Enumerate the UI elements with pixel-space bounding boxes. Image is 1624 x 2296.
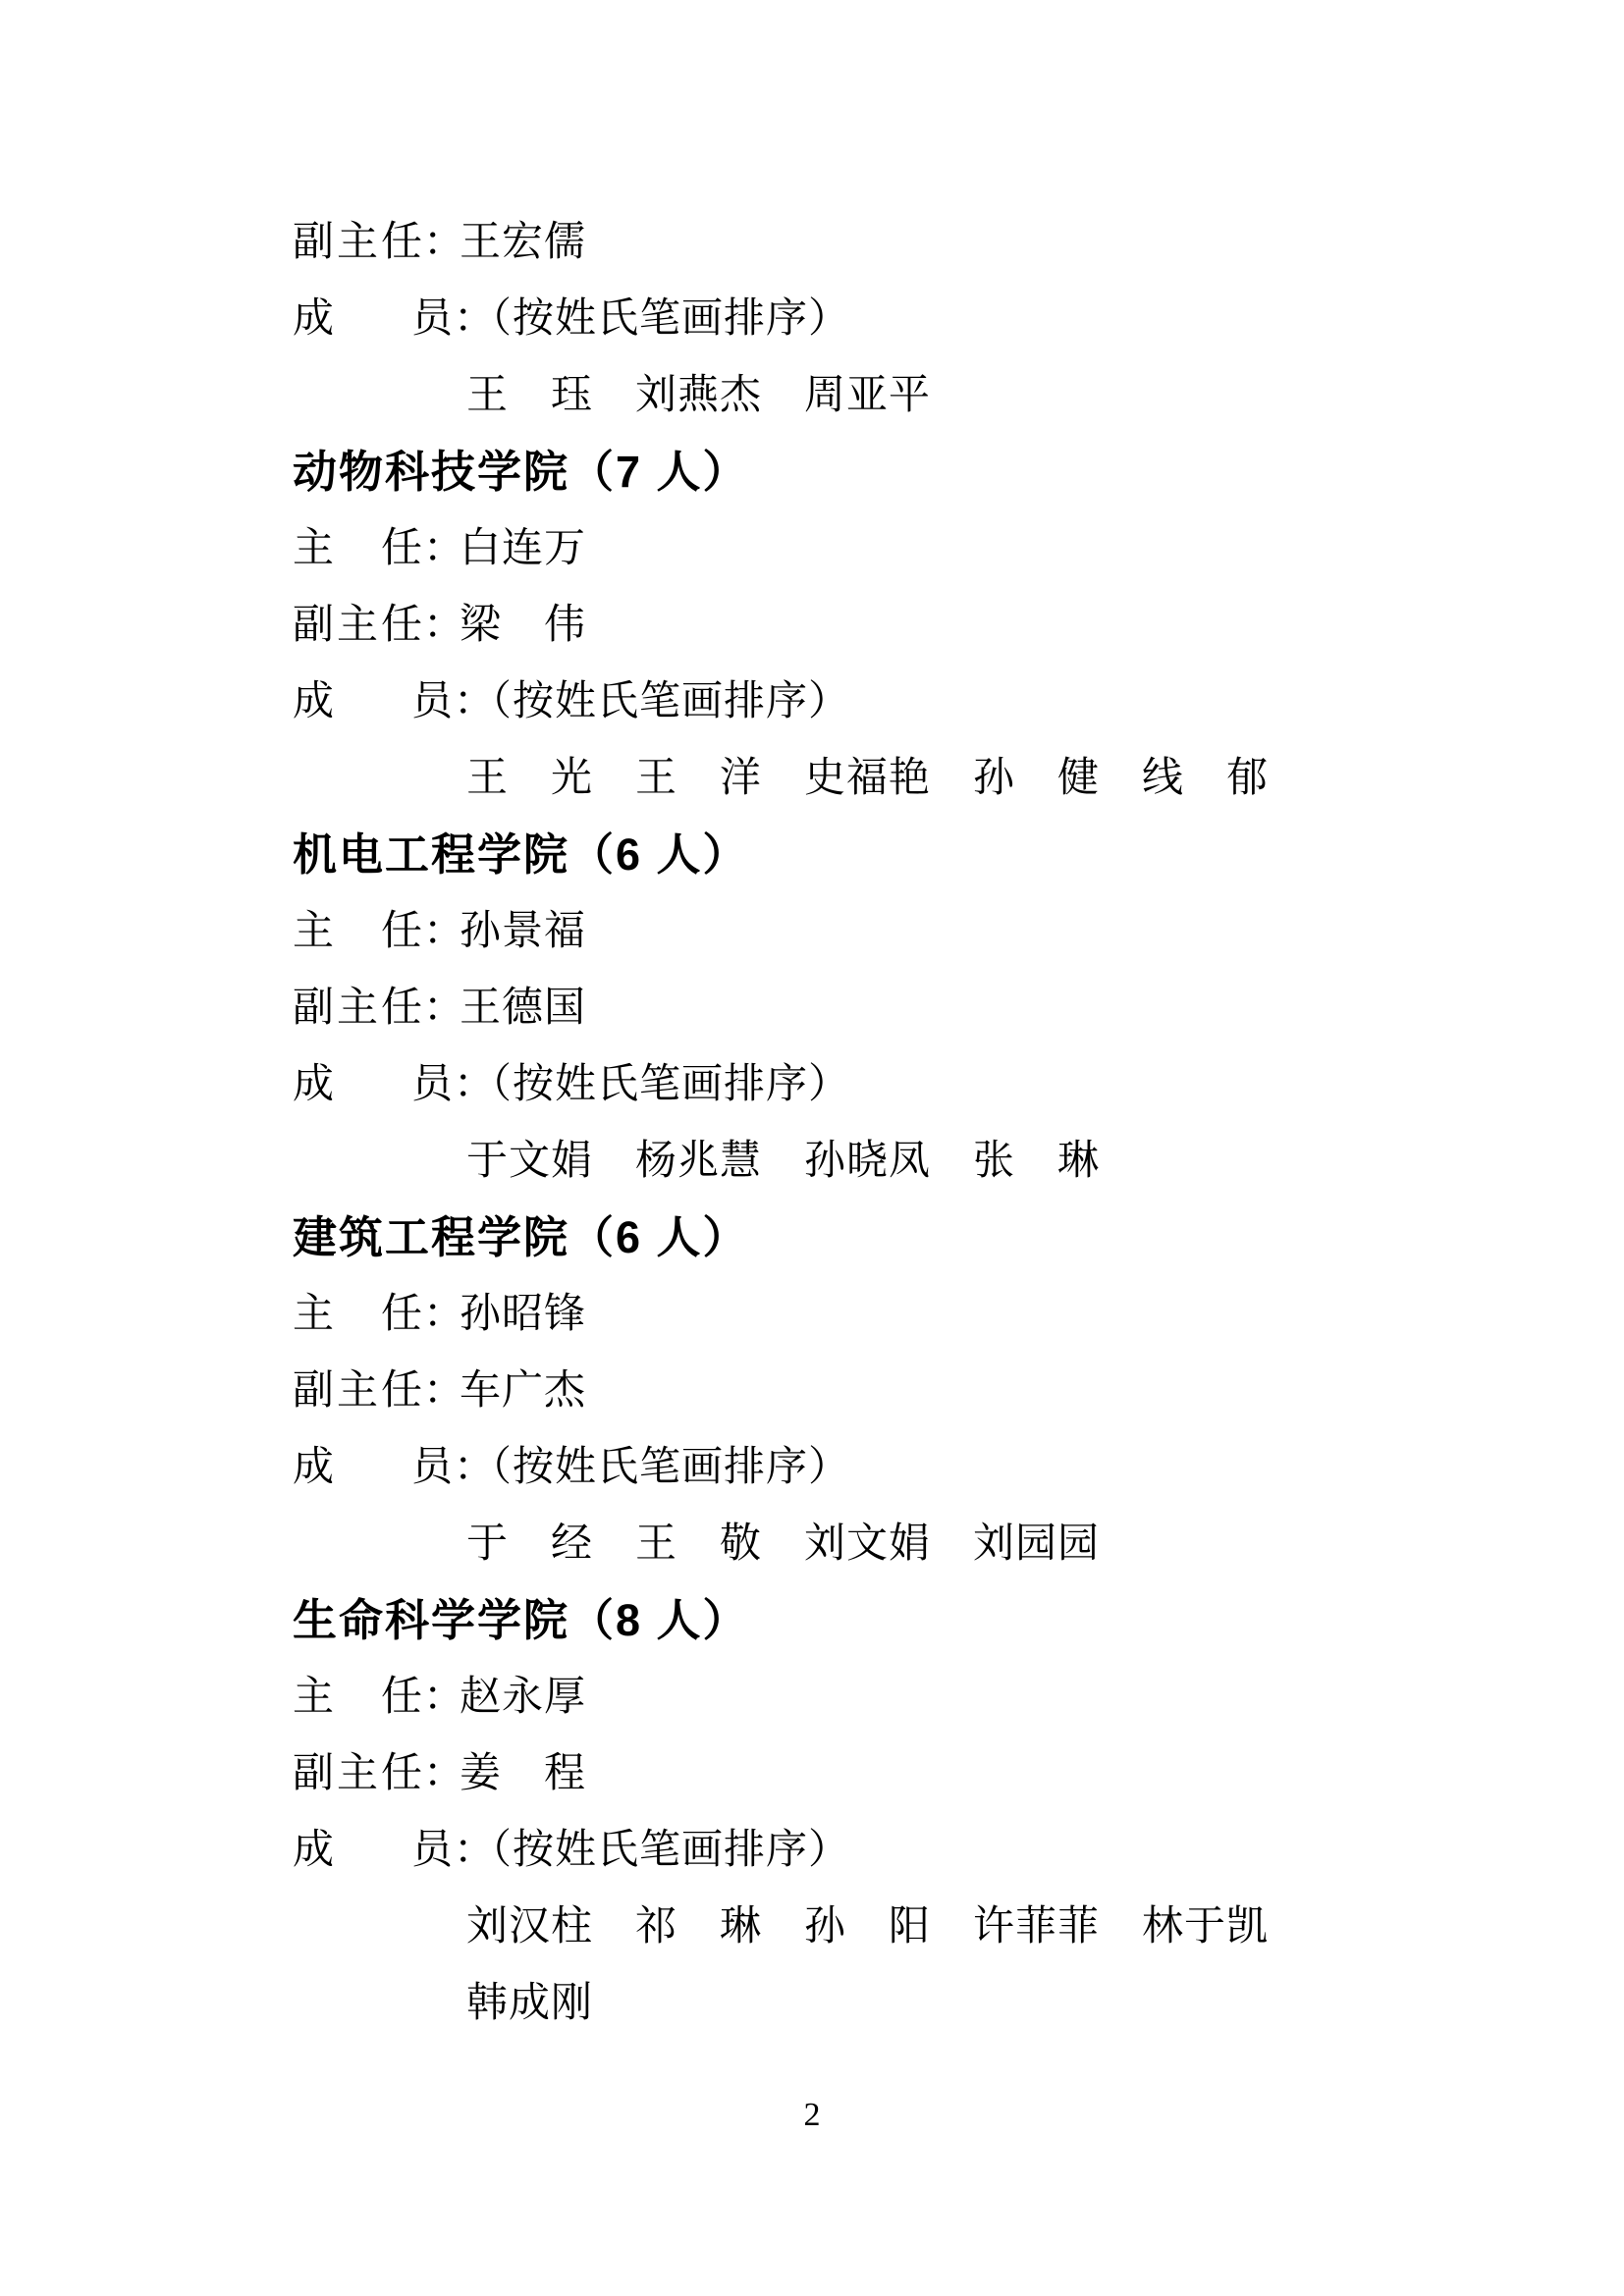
- role-label: 成员: [293, 1046, 454, 1123]
- document-page: 副主任：王宏儒 成员：（按姓氏笔画排序） 王 珏 刘燕杰 周亚平 动物科技学院（…: [0, 0, 1624, 2296]
- role-line: 主任：赵永厚: [293, 1659, 1432, 1735]
- member-row: 王 光 王 洋 史福艳 孙 健 线 郁: [293, 740, 1432, 817]
- member-names: 于 经 王 敬 刘文娟 刘园园: [466, 1522, 1100, 1567]
- member-names: 刘汉柱 祁 琳 孙 阳 许菲菲 林于凯: [466, 1904, 1269, 1949]
- role-label: 主任: [293, 1276, 423, 1353]
- role-label: 副主任: [293, 1735, 423, 1812]
- member-row: 于 经 王 敬 刘文娟 刘园园: [293, 1506, 1432, 1582]
- role-label: 主任: [293, 1659, 423, 1735]
- role-line: 主任：孙昭锋: [293, 1276, 1432, 1353]
- member-row: 刘汉柱 祁 琳 孙 阳 许菲菲 林于凯: [293, 1889, 1432, 1965]
- role-line: 副主任：王宏儒: [293, 204, 1432, 281]
- role-line: 成员：（按姓氏笔画排序）: [293, 1429, 1432, 1506]
- role-line: 副主任：王德国: [293, 970, 1432, 1046]
- role-label: 副主任: [293, 1353, 423, 1429]
- member-row: 韩成刚: [293, 1965, 1432, 2042]
- role-line: 成员：（按姓氏笔画排序）: [293, 281, 1432, 357]
- document-body: 副主任：王宏儒 成员：（按姓氏笔画排序） 王 珏 刘燕杰 周亚平 动物科技学院（…: [293, 204, 1432, 2042]
- role-colon: ：: [423, 1659, 460, 1735]
- role-line: 主任：孙景福: [293, 893, 1432, 970]
- role-colon: ：: [423, 1276, 460, 1353]
- role-label: 成员: [293, 1429, 454, 1506]
- role-value: 王宏儒: [460, 220, 586, 265]
- role-colon: ：: [423, 1353, 460, 1429]
- role-line: 成员：（按姓氏笔画排序）: [293, 1812, 1432, 1889]
- role-value: （按姓氏笔画排序）: [470, 1062, 850, 1107]
- role-colon: ：: [423, 970, 460, 1046]
- role-value: 姜 程: [460, 1751, 586, 1796]
- role-colon: ：: [454, 1046, 470, 1123]
- member-names: 王 珏 刘燕杰 周亚平: [466, 373, 931, 418]
- role-value: （按姓氏笔画排序）: [470, 679, 850, 724]
- role-line: 副主任：姜 程: [293, 1735, 1432, 1812]
- role-value: 白连万: [460, 526, 586, 571]
- role-label: 主任: [293, 893, 423, 970]
- role-colon: ：: [423, 893, 460, 970]
- role-value: 车广杰: [460, 1368, 586, 1414]
- section-heading: 动物科技学院（7 人）: [293, 434, 1432, 510]
- member-row: 王 珏 刘燕杰 周亚平: [293, 357, 1432, 434]
- member-row: 于文娟 杨兆慧 孙晓凤 张 琳: [293, 1123, 1432, 1200]
- role-value: 王德国: [460, 986, 586, 1031]
- role-colon: ：: [454, 1812, 470, 1889]
- page-number: 2: [0, 2077, 1624, 2154]
- role-value: 孙昭锋: [460, 1292, 586, 1337]
- role-label: 成员: [293, 281, 454, 357]
- role-value: 赵永厚: [460, 1675, 586, 1720]
- member-names: 王 光 王 洋 史福艳 孙 健 线 郁: [466, 756, 1269, 801]
- role-line: 成员：（按姓氏笔画排序）: [293, 1046, 1432, 1123]
- role-value: （按姓氏笔画排序）: [470, 296, 850, 342]
- role-label: 副主任: [293, 970, 423, 1046]
- role-value: （按姓氏笔画排序）: [470, 1828, 850, 1873]
- section-heading: 生命科学学院（8 人）: [293, 1582, 1432, 1659]
- section-heading: 建筑工程学院（6 人）: [293, 1200, 1432, 1276]
- role-value: 孙景福: [460, 909, 586, 954]
- role-line: 副主任：梁 伟: [293, 587, 1432, 664]
- role-colon: ：: [454, 281, 470, 357]
- role-value: （按姓氏笔画排序）: [470, 1445, 850, 1490]
- role-value: 梁 伟: [460, 603, 586, 648]
- role-colon: ：: [423, 510, 460, 587]
- role-label: 副主任: [293, 204, 423, 281]
- role-label: 副主任: [293, 587, 423, 664]
- role-label: 成员: [293, 664, 454, 740]
- section-heading: 机电工程学院（6 人）: [293, 817, 1432, 893]
- role-colon: ：: [454, 1429, 470, 1506]
- role-label: 主任: [293, 510, 423, 587]
- role-line: 成员：（按姓氏笔画排序）: [293, 664, 1432, 740]
- role-colon: ：: [454, 664, 470, 740]
- role-label: 成员: [293, 1812, 454, 1889]
- role-colon: ：: [423, 587, 460, 664]
- member-names: 韩成刚: [466, 1981, 593, 2026]
- role-line: 主任：白连万: [293, 510, 1432, 587]
- role-colon: ：: [423, 204, 460, 281]
- role-line: 副主任：车广杰: [293, 1353, 1432, 1429]
- role-colon: ：: [423, 1735, 460, 1812]
- member-names: 于文娟 杨兆慧 孙晓凤 张 琳: [466, 1139, 1100, 1184]
